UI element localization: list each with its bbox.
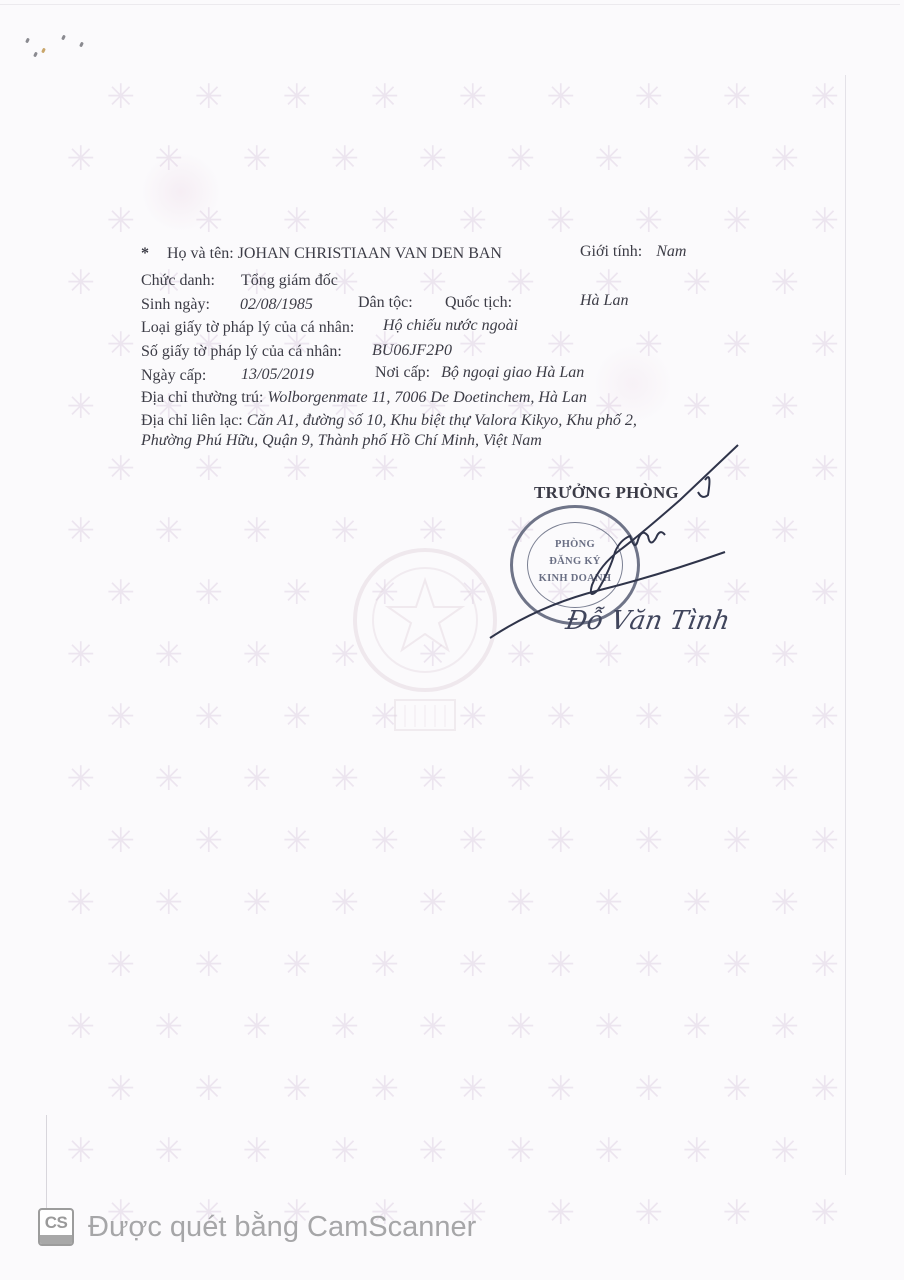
- pattern-glyph: ✳: [595, 142, 624, 176]
- pattern-glyph: ✳: [243, 762, 272, 796]
- issue-date-label: Ngày cấp:: [141, 367, 206, 384]
- scanned-document-page: ✳✳✳✳✳✳✳✳✳✳✳✳✳✳✳✳✳✳✳✳✳✳✳✳✳✳✳✳✳✳✳✳✳✳✳✳✳✳✳✳…: [0, 0, 904, 1280]
- pattern-glyph: ✳: [723, 700, 752, 734]
- pattern-glyph: ✳: [155, 142, 184, 176]
- pattern-glyph: ✳: [595, 1134, 624, 1168]
- pattern-glyph: ✳: [419, 142, 448, 176]
- pattern-glyph: ✳: [107, 576, 136, 610]
- gender-row: Giới tính: Nam: [580, 243, 686, 261]
- pattern-glyph: ✳: [107, 700, 136, 734]
- pattern-glyph: ✳: [371, 204, 400, 238]
- pattern-glyph: ✳: [683, 886, 712, 920]
- pattern-glyph: ✳: [723, 80, 752, 114]
- pattern-glyph: ✳: [635, 204, 664, 238]
- pattern-glyph: ✳: [155, 514, 184, 548]
- pattern-glyph: ✳: [107, 1072, 136, 1106]
- scan-specks: [22, 30, 92, 65]
- pattern-glyph: ✳: [283, 80, 312, 114]
- full-name-value: JOHAN CHRISTIAAN VAN DEN BAN: [238, 245, 502, 262]
- position-value: Tổng giám đốc: [241, 272, 338, 289]
- pattern-glyph: ✳: [67, 1010, 96, 1044]
- id-number-value-wrap: BU06JF2P0: [372, 342, 452, 360]
- pattern-glyph: ✳: [507, 762, 536, 796]
- pattern-glyph: ✳: [771, 886, 800, 920]
- id-type-value: Hộ chiếu nước ngoài: [383, 317, 518, 334]
- pattern-glyph: ✳: [107, 204, 136, 238]
- pattern-glyph: ✳: [635, 824, 664, 858]
- pattern-glyph: ✳: [635, 1196, 664, 1230]
- pattern-glyph: ✳: [195, 700, 224, 734]
- pattern-glyph: ✳: [331, 1010, 360, 1044]
- position-value-wrap: Tổng giám đốc: [241, 272, 338, 290]
- pattern-glyph: ✳: [811, 576, 840, 610]
- full-name-row: * Họ và tên: JOHAN CHRISTIAAN VAN DEN BA…: [141, 245, 502, 263]
- dob-label: Sinh ngày:: [141, 296, 210, 313]
- pattern-glyph: ✳: [331, 762, 360, 796]
- pattern-glyph: ✳: [723, 1196, 752, 1230]
- pattern-glyph: ✳: [243, 886, 272, 920]
- pattern-glyph: ✳: [595, 886, 624, 920]
- pattern-glyph: ✳: [283, 452, 312, 486]
- pattern-glyph: ✳: [67, 762, 96, 796]
- pattern-glyph: ✳: [419, 762, 448, 796]
- pattern-glyph: ✳: [771, 1010, 800, 1044]
- pattern-glyph: ✳: [155, 762, 184, 796]
- pattern-glyph: ✳: [811, 700, 840, 734]
- issue-place-wrap: Nơi cấp: Bộ ngoại giao Hà Lan: [375, 364, 584, 382]
- pattern-glyph: ✳: [243, 514, 272, 548]
- pattern-glyph: ✳: [155, 1134, 184, 1168]
- pattern-glyph: ✳: [67, 390, 96, 424]
- dob-value-wrap: 02/08/1985: [240, 296, 313, 314]
- pattern-glyph: ✳: [67, 266, 96, 300]
- dob-label-wrap: Sinh ngày:: [141, 296, 210, 314]
- pattern-glyph: ✳: [683, 142, 712, 176]
- nationality-label: Quốc tịch:: [445, 294, 512, 311]
- pattern-glyph: ✳: [195, 824, 224, 858]
- pattern-glyph: ✳: [331, 886, 360, 920]
- pattern-glyph: ✳: [371, 824, 400, 858]
- pattern-glyph: ✳: [547, 80, 576, 114]
- issue-date-value-wrap: 13/05/2019: [241, 366, 314, 384]
- signer-name: Đỗ Văn Tình: [563, 606, 732, 636]
- pattern-glyph: ✳: [371, 80, 400, 114]
- pattern-glyph: ✳: [771, 142, 800, 176]
- pattern-glyph: ✳: [771, 266, 800, 300]
- issue-place-value: Bộ ngoại giao Hà Lan: [441, 364, 584, 381]
- pattern-glyph: ✳: [283, 1072, 312, 1106]
- pattern-glyph: ✳: [547, 700, 576, 734]
- pattern-glyph: ✳: [243, 1010, 272, 1044]
- pattern-glyph: ✳: [723, 948, 752, 982]
- pattern-glyph: ✳: [283, 700, 312, 734]
- pattern-glyph: ✳: [811, 1196, 840, 1230]
- pattern-glyph: ✳: [243, 1134, 272, 1168]
- pattern-glyph: ✳: [67, 638, 96, 672]
- pattern-glyph: ✳: [459, 1072, 488, 1106]
- camscanner-text: Được quét bằng CamScanner: [88, 1211, 476, 1244]
- pattern-glyph: ✳: [811, 1072, 840, 1106]
- pattern-glyph: ✳: [67, 514, 96, 548]
- id-type-value-wrap: Hộ chiếu nước ngoài: [383, 317, 518, 335]
- pattern-glyph: ✳: [547, 824, 576, 858]
- pattern-glyph: ✳: [419, 1134, 448, 1168]
- page-edge-right: [845, 75, 856, 1175]
- pattern-glyph: ✳: [683, 1134, 712, 1168]
- pattern-glyph: ✳: [811, 80, 840, 114]
- pattern-glyph: ✳: [811, 452, 840, 486]
- pattern-glyph: ✳: [595, 762, 624, 796]
- pattern-glyph: ✳: [107, 80, 136, 114]
- contact-address-label: Địa chỉ liên lạc:: [141, 412, 243, 429]
- pattern-glyph: ✳: [107, 948, 136, 982]
- pattern-glyph: ✳: [371, 1072, 400, 1106]
- pattern-glyph: ✳: [723, 328, 752, 362]
- pattern-glyph: ✳: [155, 1010, 184, 1044]
- pattern-glyph: ✳: [723, 204, 752, 238]
- pattern-glyph: ✳: [419, 266, 448, 300]
- pattern-glyph: ✳: [507, 142, 536, 176]
- pattern-glyph: ✳: [635, 700, 664, 734]
- pattern-glyph: ✳: [635, 948, 664, 982]
- permanent-address-label: Địa chỉ thường trú:: [141, 389, 263, 406]
- issue-place-label: Nơi cấp:: [375, 364, 430, 381]
- pattern-glyph: ✳: [283, 824, 312, 858]
- camscanner-icon-text: CS: [40, 1213, 72, 1233]
- pattern-glyph: ✳: [811, 948, 840, 982]
- national-emblem-watermark: [350, 535, 500, 740]
- pattern-glyph: ✳: [547, 948, 576, 982]
- pattern-glyph: ✳: [683, 762, 712, 796]
- pattern-glyph: ✳: [683, 266, 712, 300]
- pattern-glyph: ✳: [67, 1134, 96, 1168]
- nationality-value: Hà Lan: [580, 292, 628, 309]
- pattern-glyph: ✳: [547, 204, 576, 238]
- camscanner-icon: CS: [38, 1208, 74, 1246]
- pattern-glyph: ✳: [459, 948, 488, 982]
- pattern-glyph: ✳: [155, 638, 184, 672]
- pattern-glyph: ✳: [547, 1072, 576, 1106]
- contact-address-value-line1: Căn A1, đường số 10, Khu biệt thự Valora…: [247, 412, 637, 429]
- pattern-glyph: ✳: [635, 80, 664, 114]
- pattern-glyph: ✳: [507, 886, 536, 920]
- pattern-glyph: ✳: [811, 824, 840, 858]
- ethnicity-wrap: Dân tộc:: [358, 294, 413, 312]
- pattern-glyph: ✳: [635, 1072, 664, 1106]
- pattern-glyph: ✳: [371, 452, 400, 486]
- pattern-glyph: ✳: [723, 824, 752, 858]
- gender-value: Nam: [656, 243, 686, 260]
- pattern-glyph: ✳: [331, 1134, 360, 1168]
- pattern-glyph: ✳: [243, 142, 272, 176]
- pattern-glyph: ✳: [67, 142, 96, 176]
- pattern-glyph: ✳: [507, 1010, 536, 1044]
- permanent-address-value: Wolborgenmate 11, 7006 De Doetinchem, Hà…: [267, 389, 586, 406]
- pattern-glyph: ✳: [459, 80, 488, 114]
- nationality-label-wrap: Quốc tịch:: [445, 294, 512, 312]
- position-row: Chức danh:: [141, 272, 215, 290]
- contact-address-row: Địa chỉ liên lạc: Căn A1, đường số 10, K…: [141, 412, 637, 430]
- pattern-glyph: ✳: [107, 824, 136, 858]
- pattern-glyph: ✳: [283, 948, 312, 982]
- bullet: *: [141, 245, 149, 262]
- pattern-glyph: ✳: [459, 824, 488, 858]
- pattern-glyph: ✳: [771, 1134, 800, 1168]
- dob-value: 02/08/1985: [240, 296, 313, 313]
- pattern-glyph: ✳: [547, 328, 576, 362]
- issue-date-label-wrap: Ngày cấp:: [141, 367, 206, 385]
- pattern-glyph: ✳: [811, 204, 840, 238]
- pattern-glyph: ✳: [283, 576, 312, 610]
- pattern-glyph: ✳: [195, 576, 224, 610]
- pattern-glyph: ✳: [283, 204, 312, 238]
- nationality-value-wrap: Hà Lan: [580, 292, 628, 310]
- pattern-glyph: ✳: [195, 1072, 224, 1106]
- pattern-glyph: ✳: [107, 328, 136, 362]
- pattern-glyph: ✳: [771, 390, 800, 424]
- pattern-glyph: ✳: [723, 1072, 752, 1106]
- pattern-glyph: ✳: [459, 204, 488, 238]
- page-edge-top: [0, 4, 900, 5]
- permanent-address-row: Địa chỉ thường trú: Wolborgenmate 11, 70…: [141, 389, 587, 407]
- pattern-glyph: ✳: [683, 1010, 712, 1044]
- pattern-glyph: ✳: [419, 886, 448, 920]
- id-number-label: Số giấy tờ pháp lý của cá nhân:: [141, 343, 342, 360]
- pattern-glyph: ✳: [371, 948, 400, 982]
- pattern-glyph: ✳: [771, 514, 800, 548]
- gender-label: Giới tính:: [580, 243, 642, 260]
- camscanner-icon-bar: [40, 1235, 72, 1244]
- pattern-glyph: ✳: [771, 638, 800, 672]
- ethnicity-label: Dân tộc:: [358, 294, 413, 311]
- pattern-glyph: ✳: [107, 452, 136, 486]
- id-number-value: BU06JF2P0: [372, 342, 452, 359]
- pattern-glyph: ✳: [331, 142, 360, 176]
- id-type-label: Loại giấy tờ pháp lý của cá nhân:: [141, 319, 354, 336]
- pattern-glyph: ✳: [195, 80, 224, 114]
- camscanner-watermark: CS Được quét bằng CamScanner: [38, 1207, 476, 1247]
- pattern-glyph: ✳: [771, 762, 800, 796]
- pattern-glyph: ✳: [683, 390, 712, 424]
- pattern-glyph: ✳: [195, 204, 224, 238]
- pattern-glyph: ✳: [507, 1134, 536, 1168]
- position-label: Chức danh:: [141, 272, 215, 289]
- issue-date-value: 13/05/2019: [241, 366, 314, 383]
- pattern-glyph: ✳: [595, 1010, 624, 1044]
- pattern-glyph: ✳: [243, 638, 272, 672]
- pattern-glyph: ✳: [419, 1010, 448, 1044]
- pattern-glyph: ✳: [155, 886, 184, 920]
- pattern-glyph: ✳: [547, 1196, 576, 1230]
- full-name-label: Họ và tên:: [167, 245, 234, 262]
- id-number-label-wrap: Số giấy tờ pháp lý của cá nhân:: [141, 343, 342, 361]
- pattern-glyph: ✳: [195, 452, 224, 486]
- pattern-glyph: ✳: [67, 886, 96, 920]
- pattern-glyph: ✳: [635, 328, 664, 362]
- id-type-label-wrap: Loại giấy tờ pháp lý của cá nhân:: [141, 319, 354, 337]
- pattern-glyph: ✳: [195, 948, 224, 982]
- pattern-glyph: ✳: [811, 328, 840, 362]
